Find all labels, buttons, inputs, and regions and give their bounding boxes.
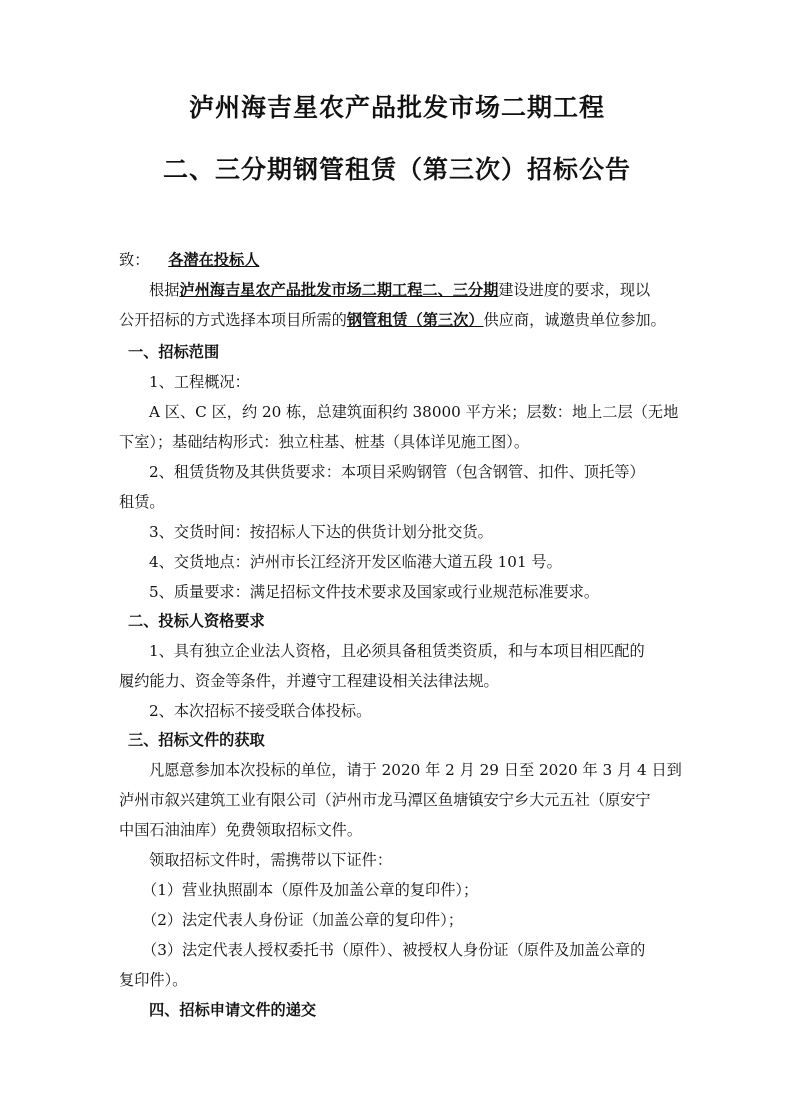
intro-text: 根据 — [149, 281, 179, 299]
section-line: （1）营业执照副本（原件及加盖公章的复印件）； — [142, 880, 478, 900]
intro-line-1: 根据泸州海吉星农产品批发市场二期工程二、三分期建设进度的要求，现以 — [149, 280, 650, 300]
section-line: 下室）；基础结构形式：独立柱基、桩基（具体详见施工图）。 — [119, 432, 529, 452]
section-line: 1、具有独立企业法人资格，且必须具备租赁类资质，和与本项目相匹配的 — [149, 641, 645, 661]
section-line: 中国石油油库）免费领取招标文件。 — [119, 820, 362, 840]
section-line: 凡愿意参加本次投标的单位，请于 2020 年 2 月 29 日至 2020 年 … — [149, 760, 682, 780]
intro-line-2: 公开招标的方式选择本项目所需的钢管租赁（第三次）供应商，诚邀贵单位参加。 — [119, 310, 666, 330]
section-line: 5、质量要求：满足招标文件技术要求及国家或行业规范标准要求。 — [149, 582, 599, 602]
section-line: A 区、C 区，约 20 栋，总建筑面积约 38000 平方米；层数：地上二层（… — [149, 402, 678, 422]
section-heading-qualification: 二、投标人资格要求 — [128, 611, 265, 631]
document-title-line2: 二、三分期钢管租赁（第三次）招标公告 — [0, 150, 794, 186]
section-line: 2、本次招标不接受联合体投标。 — [149, 701, 371, 721]
intro-text: 公开招标的方式选择本项目所需的 — [119, 311, 347, 329]
section-line: 1、工程概况： — [149, 372, 250, 392]
salutation-prefix: 致： — [119, 251, 149, 269]
section-line: （3）法定代表人授权委托书（原件）、被授权人身份证（原件及加盖公章的 — [142, 940, 645, 960]
intro-text: 建设进度的要求，现以 — [498, 281, 650, 299]
salutation-addressee: 各潜在投标人 — [168, 251, 259, 269]
project-name-emphasis: 泸州海吉星农产品批发市场二期工程二、三分期 — [179, 281, 498, 299]
section-line: 4、交货地点：泸州市长江经济开发区临港大道五段 101 号。 — [149, 552, 562, 572]
salutation: 致： 各潜在投标人 — [119, 250, 259, 270]
section-heading-scope: 一、招标范围 — [128, 342, 219, 362]
section-line: （2）法定代表人身份证（加盖公章的复印件）； — [142, 910, 463, 930]
section-line: 复印件）。 — [119, 970, 187, 990]
section-line: 泸州市叙兴建筑工业有限公司（泸州市龙马潭区鱼塘镇安宁乡大元五社（原安宁 — [119, 790, 651, 810]
section-heading-obtain-documents: 三、招标文件的获取 — [128, 730, 265, 750]
section-heading-submission: 四、招标申请文件的递交 — [149, 1000, 316, 1020]
section-line: 租赁。 — [119, 492, 165, 512]
document-title-line1: 泸州海吉星农产品批发市场二期工程 — [0, 88, 794, 124]
section-line: 领取招标文件时，需携带以下证件： — [149, 850, 392, 870]
intro-text: 供应商，诚邀贵单位参加。 — [484, 311, 666, 329]
section-line: 履约能力、资金等条件，并遵守工程建设相关法律法规。 — [119, 671, 499, 691]
lease-item-emphasis: 钢管租赁（第三次） — [347, 311, 484, 329]
section-line: 2、租赁货物及其供货要求：本项目采购钢管（包含钢管、扣件、顶托等） — [149, 462, 645, 482]
section-line: 3、交货时间：按招标人下达的供货计划分批交货。 — [149, 522, 493, 542]
